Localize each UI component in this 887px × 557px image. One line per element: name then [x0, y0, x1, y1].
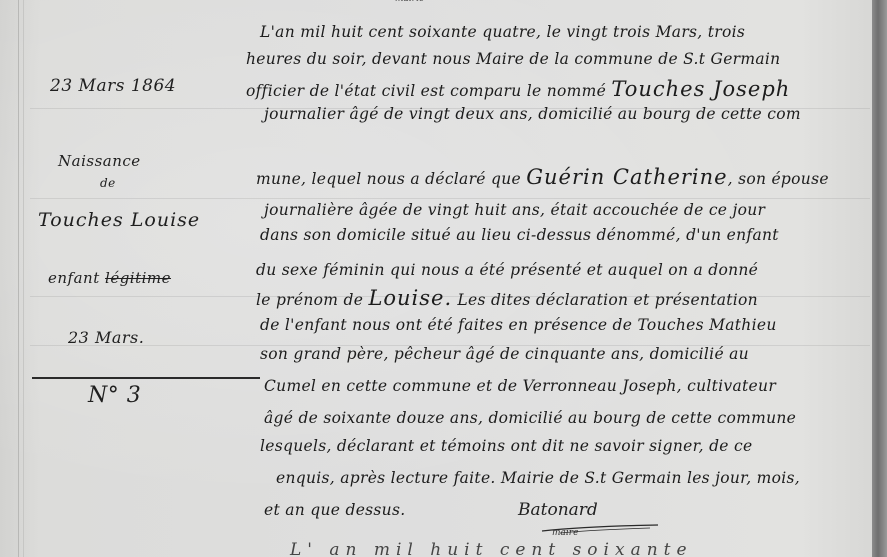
- body-text-segment: officier de l'état civil est comparu le …: [246, 82, 606, 100]
- margin-birth-day: 23 Mars.: [68, 328, 144, 347]
- body-line: mune, lequel nous a déclaré que Guérin C…: [256, 165, 829, 189]
- margin-child-status: enfant légitime: [48, 269, 171, 287]
- body-line: son grand père, pêcheur âgé de cinquante…: [260, 345, 749, 363]
- signature-title: maire: [552, 528, 578, 538]
- status-prefix: enfant: [48, 269, 100, 287]
- witness-1-name: Touches Mathieu: [638, 316, 777, 334]
- body-line: âgé de soixante douze ans, domicilié au …: [264, 409, 796, 427]
- body-line: de l'enfant nous ont été faites en prése…: [260, 316, 777, 334]
- body-text-segment: mune, lequel nous a déclaré que: [256, 170, 521, 188]
- mother-suffix: , son épouse: [728, 170, 829, 188]
- body-line: journalière âgée de vingt huit ans, étai…: [264, 201, 765, 219]
- body-line: le prénom de Louise. Les dites déclarati…: [256, 286, 758, 310]
- body-text-segment: le prénom de: [256, 291, 363, 309]
- body-line: dans son domicile situé au lieu ci-dessu…: [260, 226, 779, 244]
- mother-name: Guérin Catherine: [526, 165, 727, 189]
- entry-separator-line: [32, 377, 260, 379]
- body-text-segment: de l'enfant nous ont été faites en prése…: [260, 316, 632, 334]
- margin-rule: [23, 0, 24, 557]
- margin-rule: [18, 0, 19, 557]
- declaration-sentence: Les dites déclaration et présentation: [457, 291, 758, 309]
- binding-shadow: [872, 0, 887, 557]
- body-line: heures du soir, devant nous Maire de la …: [246, 50, 780, 68]
- header-stub: mairie: [395, 0, 424, 4]
- body-line: lesquels, déclarant et témoins ont dit n…: [260, 437, 752, 455]
- margin-connector: de: [100, 176, 116, 190]
- margin-entry-number: N° 3: [88, 383, 141, 408]
- status-word: légitime: [105, 269, 171, 287]
- body-line: et an que dessus.: [264, 501, 405, 519]
- father-name: Touches Joseph: [611, 77, 790, 101]
- ruled-line: [30, 198, 870, 199]
- child-first-name: Louise.: [368, 286, 452, 310]
- scanned-register-page: 23 Mars 1864 Naissance de Touches Louise…: [0, 0, 887, 557]
- margin-child-name: Touches Louise: [38, 209, 200, 231]
- body-line: enquis, après lecture faite. Mairie de S…: [276, 469, 800, 487]
- body-line: L'an mil huit cent soixante quatre, le v…: [260, 23, 745, 41]
- next-entry-fragment: L' an mil huit cent soixante: [290, 540, 693, 557]
- mayor-signature: Batonard: [518, 500, 598, 520]
- margin-record-type: Naissance: [58, 152, 141, 170]
- margin-date: 23 Mars 1864: [50, 76, 176, 96]
- body-line: du sexe féminin qui nous a été présenté …: [256, 261, 758, 279]
- body-line: Cumel en cette commune et de Verronneau …: [264, 377, 776, 395]
- body-line: journalier âgé de vingt deux ans, domici…: [264, 105, 801, 123]
- body-line: officier de l'état civil est comparu le …: [246, 77, 790, 101]
